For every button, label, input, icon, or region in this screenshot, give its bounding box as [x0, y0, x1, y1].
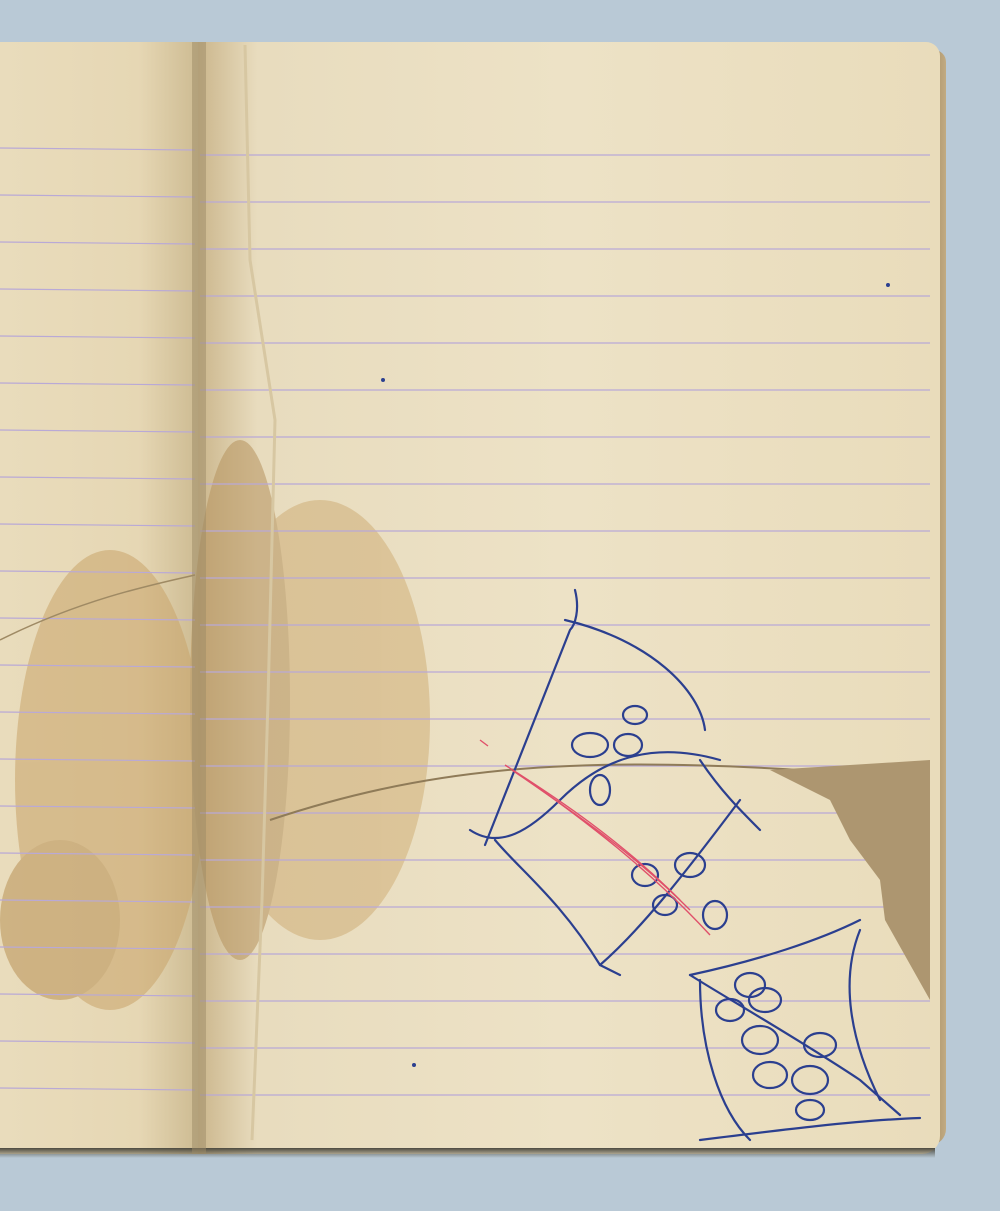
water-stain [0, 440, 430, 1010]
spine-gutter [192, 42, 206, 1154]
notebook-photo [0, 0, 1000, 1211]
ink-specks [381, 283, 890, 1067]
page-artwork [0, 0, 1000, 1211]
